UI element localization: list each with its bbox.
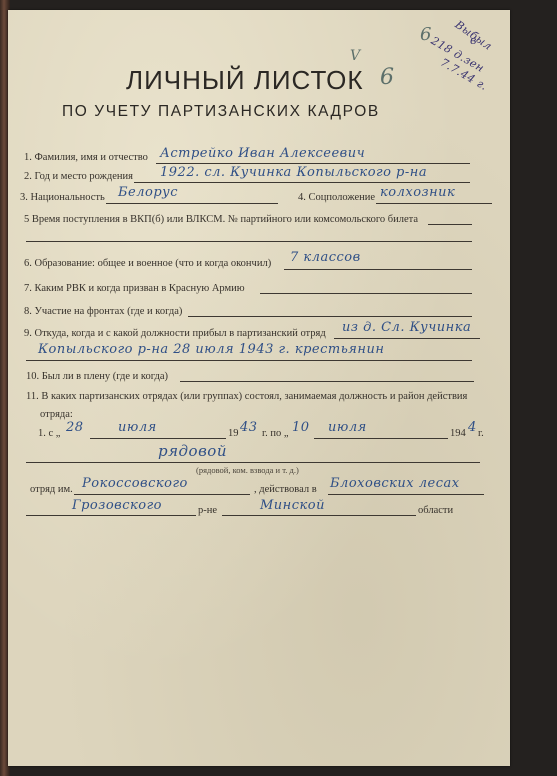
field-11-label2: отряда:	[40, 409, 73, 420]
det1-rne-label: р-не	[198, 505, 217, 516]
field-6-label: 6. Образование: общее и военное (что и к…	[24, 258, 271, 269]
det1-position[interactable]: рядовой	[158, 442, 227, 460]
field-2-value[interactable]: 1922. сл. Кучинка Копыльского р-на	[160, 165, 427, 180]
field-9-label: 9. Откуда, когда и с какой должности при…	[24, 328, 326, 339]
field-10-label: 10. Был ли в плену (где и когда)	[26, 371, 168, 382]
field-11-label: 11. В каких партизанских отрядах (или гр…	[26, 391, 467, 402]
title-mark: 6	[380, 65, 395, 90]
det1-otryad-label: отряд им.	[30, 484, 73, 495]
det1-to-month[interactable]: июля	[328, 420, 367, 435]
det1-region[interactable]: Минской	[260, 498, 325, 513]
det1-position-caption: (рядовой, ком. взвода и т. д.)	[196, 465, 299, 475]
det1-from-month[interactable]: июля	[118, 420, 157, 435]
det1-to-year-prefix: 194	[450, 428, 466, 439]
det1-to-year[interactable]: 4	[468, 420, 477, 435]
document-subtitle: ПО УЧЕТУ ПАРТИЗАНСКИХ КАДРОВ	[62, 103, 380, 121]
field-9-value-line2[interactable]: Копыльского р-на 28 июля 1943 г. крестья…	[38, 342, 384, 357]
field-3-label: 3. Национальность	[20, 192, 105, 203]
det1-from-day[interactable]: 28	[66, 420, 84, 435]
field-9-value-line1[interactable]: из д. Сл. Кучинка	[342, 320, 471, 335]
field-1-value[interactable]: Астрейко Иван Алексеевич	[160, 146, 365, 161]
det1-from-year-prefix: 19	[228, 428, 239, 439]
det1-g-po: г. по „	[262, 428, 289, 439]
field-3-value[interactable]: Белорус	[118, 185, 178, 200]
det1-num: 1. с „	[38, 428, 60, 439]
field-5-label: 5 Время поступления в ВКП(б) или ВЛКСМ. …	[24, 214, 418, 225]
document-page: 6 V Выбыл в 218 д.зен 7.7.44 г. ЛИЧНЫЙ Л…	[8, 10, 510, 766]
document-title: ЛИЧНЫЙ ЛИСТОК	[126, 65, 364, 96]
field-6-value[interactable]: 7 классов	[290, 250, 361, 265]
field-4-value[interactable]: колхозник	[380, 185, 455, 200]
check-mark-annotation: V	[350, 48, 361, 64]
det1-area[interactable]: Блоховских лесах	[330, 476, 460, 491]
field-4-label: 4. Соцположение	[298, 192, 375, 203]
field-2-label: 2. Год и место рождения	[24, 171, 133, 182]
field-1-label: 1. Фамилия, имя и отчество	[24, 152, 148, 163]
det1-otryad-name[interactable]: Рокоссовского	[82, 476, 188, 491]
det1-to-day[interactable]: 10	[292, 420, 310, 435]
det1-from-year[interactable]: 43	[240, 420, 258, 435]
det1-deystvoval-label: , действовал в	[254, 484, 317, 495]
det1-g: г.	[478, 428, 484, 439]
corner-note-line2: в	[470, 34, 477, 47]
field-7-label: 7. Каким РВК и когда призван в Красную А…	[24, 283, 245, 294]
field-8-label: 8. Участие на фронтах (где и когда)	[24, 306, 182, 317]
det1-district[interactable]: Грозовского	[72, 498, 162, 513]
det1-oblasti-label: области	[418, 505, 453, 516]
